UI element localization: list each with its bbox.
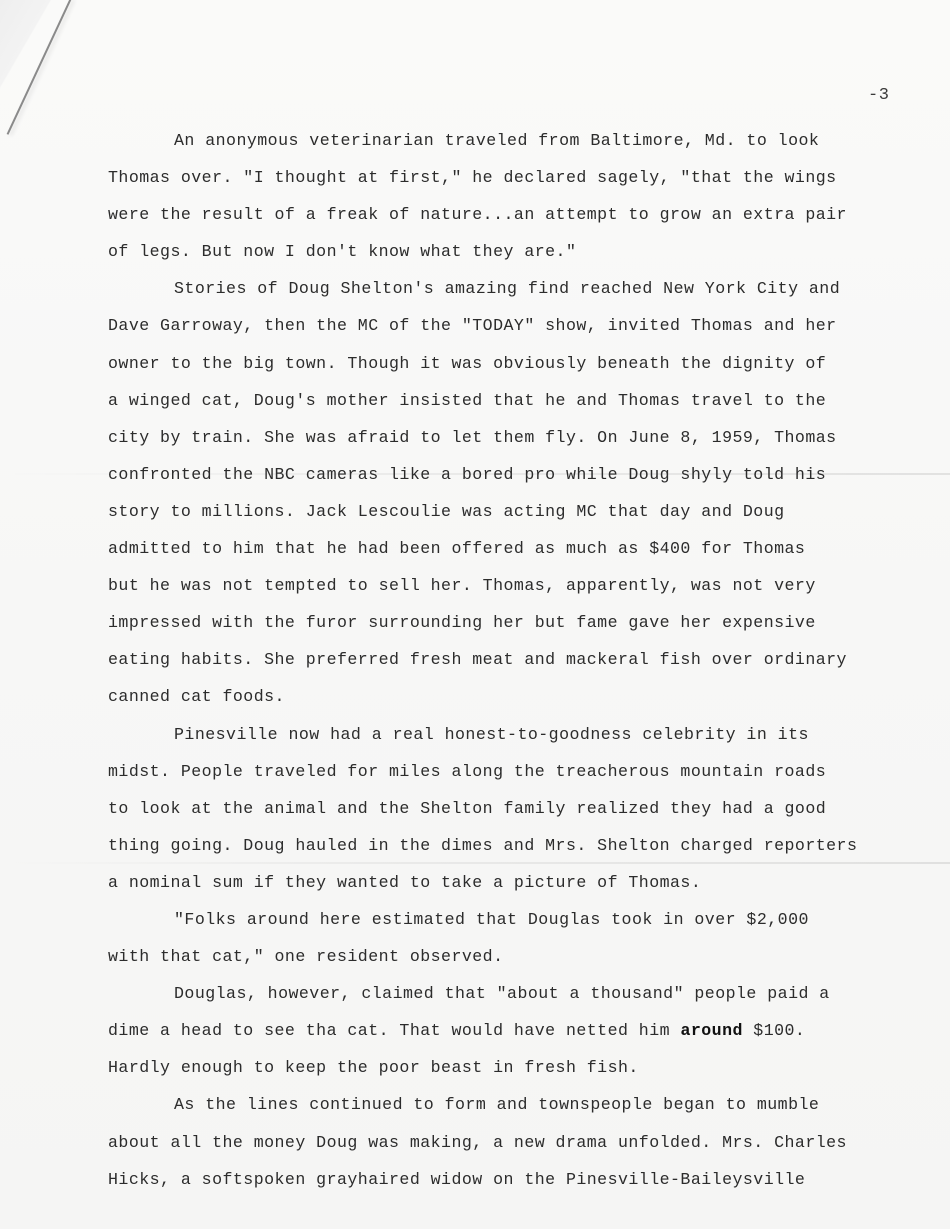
text-line: owner to the big town. Though it was obv… <box>108 345 928 382</box>
text-line: midst. People traveled for miles along t… <box>108 753 928 790</box>
text-line: city by train. She was afraid to let the… <box>108 419 928 456</box>
folded-corner <box>0 0 70 180</box>
text-line: Dave Garroway, then the MC of the "TODAY… <box>108 307 928 344</box>
text-line: An anonymous veterinarian traveled from … <box>108 122 928 159</box>
overstruck-word: around <box>680 1021 742 1040</box>
text-line: Thomas over. "I thought at first," he de… <box>108 159 928 196</box>
text-line: of legs. But now I don't know what they … <box>108 233 928 270</box>
text-line: with that cat," one resident observed. <box>108 938 928 975</box>
text-line: dime a head to see tha cat. That would h… <box>108 1012 928 1049</box>
text-line: were the result of a freak of nature...a… <box>108 196 928 233</box>
text-line: eating habits. She preferred fresh meat … <box>108 641 928 678</box>
text-line: about all the money Doug was making, a n… <box>108 1124 928 1161</box>
typewritten-page: -3 An anonymous veterinarian traveled fr… <box>0 0 950 1229</box>
text-line: a winged cat, Doug's mother insisted tha… <box>108 382 928 419</box>
text-line: Stories of Doug Shelton's amazing find r… <box>108 270 928 307</box>
text-line: story to millions. Jack Lescoulie was ac… <box>108 493 928 530</box>
text-line: impressed with the furor surrounding her… <box>108 604 928 641</box>
document-body: An anonymous veterinarian traveled from … <box>108 122 928 1198</box>
text-line: canned cat foods. <box>108 678 928 715</box>
text-line: Hicks, a softspoken grayhaired widow on … <box>108 1161 928 1198</box>
text-line: Pinesville now had a real honest-to-good… <box>108 716 928 753</box>
text-line: admitted to him that he had been offered… <box>108 530 928 567</box>
text-line: "Folks around here estimated that Dougla… <box>108 901 928 938</box>
text-line: As the lines continued to form and towns… <box>108 1086 928 1123</box>
text-line: to look at the animal and the Shelton fa… <box>108 790 928 827</box>
text-line: a nominal sum if they wanted to take a p… <box>108 864 928 901</box>
text-line: confronted the NBC cameras like a bored … <box>108 456 928 493</box>
text-fragment: dime a head to see tha cat. That would h… <box>108 1021 680 1040</box>
text-line: thing going. Doug hauled in the dimes an… <box>108 827 928 864</box>
text-line: Hardly enough to keep the poor beast in … <box>108 1049 928 1086</box>
text-line: but he was not tempted to sell her. Thom… <box>108 567 928 604</box>
text-line: Douglas, however, claimed that "about a … <box>108 975 928 1012</box>
text-fragment: $100. <box>743 1021 805 1040</box>
page-number: -3 <box>868 86 889 105</box>
